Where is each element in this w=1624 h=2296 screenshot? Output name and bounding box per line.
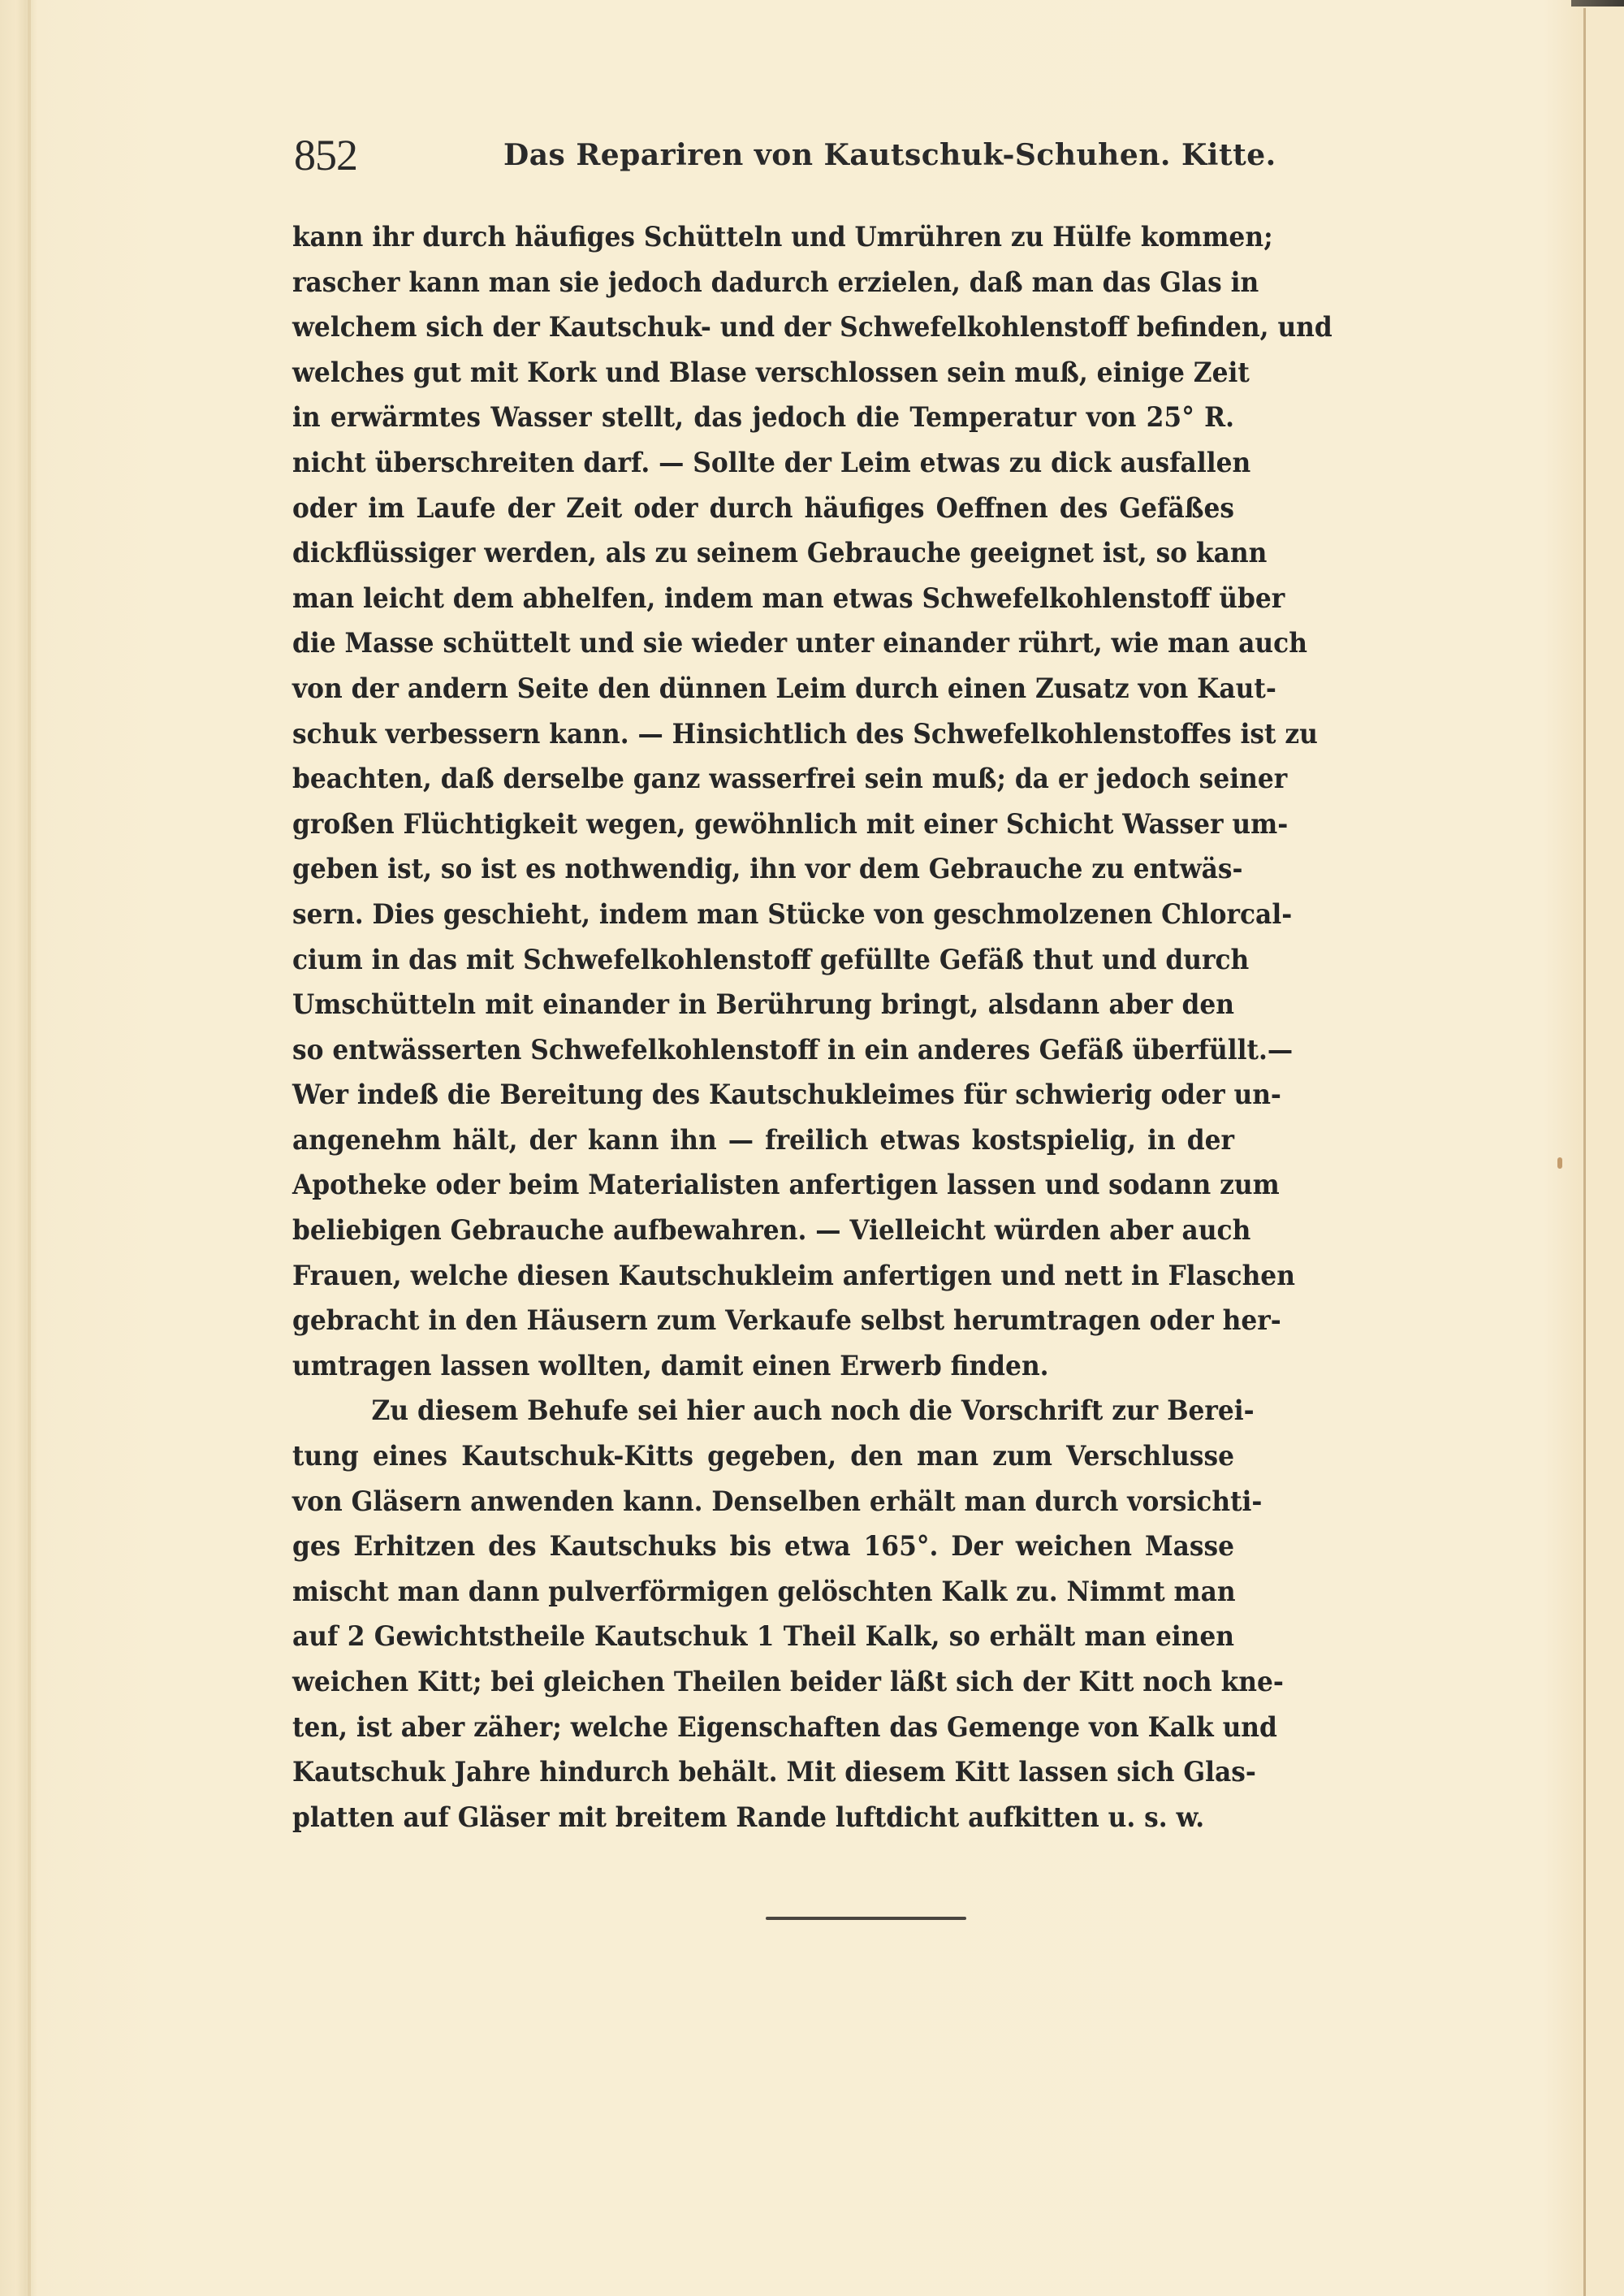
paragraph-2: Zu diesem Behufe sei hier auch noch die … — [292, 1389, 1234, 1840]
text-line: die Masse schüttelt und sie wieder unter… — [292, 621, 1234, 667]
text-line: Frauen, welche diesen Kautschukleim anfe… — [292, 1254, 1234, 1299]
body-text: kann ihr durch häufiges Schütteln und Um… — [292, 215, 1234, 1840]
text-line: schuk verbessern kann. — Hinsichtlich de… — [292, 712, 1234, 758]
text-line: kann ihr durch häufiges Schütteln und Um… — [292, 215, 1234, 261]
text-line: tung eines Kautschuk-Kitts gegeben, den … — [292, 1434, 1234, 1480]
text-line: von der andern Seite den dünnen Leim dur… — [292, 667, 1234, 712]
text-line: angenehm hält, der kann ihn — freilich e… — [292, 1118, 1234, 1164]
text-line: rascher kann man sie jedoch dadurch erzi… — [292, 261, 1234, 306]
text-line: umtragen lassen wollten, damit einen Erw… — [292, 1344, 1234, 1390]
text-line: ten, ist aber zäher; welche Eigenschafte… — [292, 1706, 1234, 1751]
text-line: Wer indeß die Bereitung des Kautschuklei… — [292, 1073, 1234, 1118]
text-line: Kautschuk Jahre hindurch behält. Mit die… — [292, 1750, 1234, 1796]
text-line: sern. Dies geschieht, indem man Stücke v… — [292, 893, 1234, 938]
text-line: cium in das mit Schwefelkohlenstoff gefü… — [292, 938, 1234, 984]
text-line: in erwärmtes Wasser stellt, das jedoch d… — [292, 396, 1234, 441]
text-line: mischt man dann pulverförmigen gelöschte… — [292, 1570, 1234, 1615]
page-header: 852 Das Repariren von Kautschuk-Schuhen.… — [294, 130, 1220, 187]
text-line: dickflüssiger werden, als zu seinem Gebr… — [292, 531, 1234, 577]
page-edge-line — [1583, 8, 1586, 2296]
text-line: nicht überschreiten darf. — Sollte der L… — [292, 441, 1234, 486]
text-line: oder im Laufe der Zeit oder durch häufig… — [292, 486, 1234, 532]
text-line: man leicht dem abhelfen, indem man etwas… — [292, 577, 1234, 622]
text-line: von Gläsern anwenden kann. Denselben erh… — [292, 1480, 1234, 1525]
text-line: großen Flüchtigkeit wegen, gewöhnlich mi… — [292, 802, 1234, 848]
text-line: platten auf Gläser mit breitem Rande luf… — [292, 1796, 1234, 1841]
paragraph-1: kann ihr durch häufiges Schütteln und Um… — [292, 215, 1234, 1389]
text-line: ges Erhitzen des Kautschuks bis etwa 165… — [292, 1524, 1234, 1570]
text-line: Zu diesem Behufe sei hier auch noch die … — [292, 1389, 1234, 1434]
scan-corner-shadow — [1571, 0, 1624, 6]
adjacent-page-edge — [1586, 0, 1624, 2296]
running-head: Das Repariren von Kautschuk-Schuhen. Kit… — [503, 138, 1276, 172]
text-line: Apotheke oder beim Materialisten anferti… — [292, 1163, 1234, 1209]
text-line: auf 2 Gewichtstheile Kautschuk 1 Theil K… — [292, 1615, 1234, 1660]
text-line: beachten, daß derselbe ganz wasserfrei s… — [292, 757, 1234, 802]
text-line: Umschütteln mit einander in Berührung br… — [292, 983, 1234, 1028]
end-of-section-rule — [766, 1917, 966, 1920]
text-line: so entwässerten Schwefelkohlenstoff in e… — [292, 1028, 1234, 1074]
text-line: gebracht in den Häusern zum Verkaufe sel… — [292, 1299, 1234, 1344]
binding-edge — [28, 0, 31, 2296]
page-number: 852 — [294, 130, 357, 180]
text-line: welches gut mit Kork und Blase verschlos… — [292, 351, 1234, 396]
text-line: geben ist, so ist es nothwendig, ihn vor… — [292, 847, 1234, 893]
text-line: beliebigen Gebrauche aufbewahren. — Viel… — [292, 1209, 1234, 1254]
text-line: welchem sich der Kautschuk- und der Schw… — [292, 305, 1234, 351]
paper-stain — [1557, 1157, 1562, 1169]
text-line: weichen Kitt; bei gleichen Theilen beide… — [292, 1660, 1234, 1706]
